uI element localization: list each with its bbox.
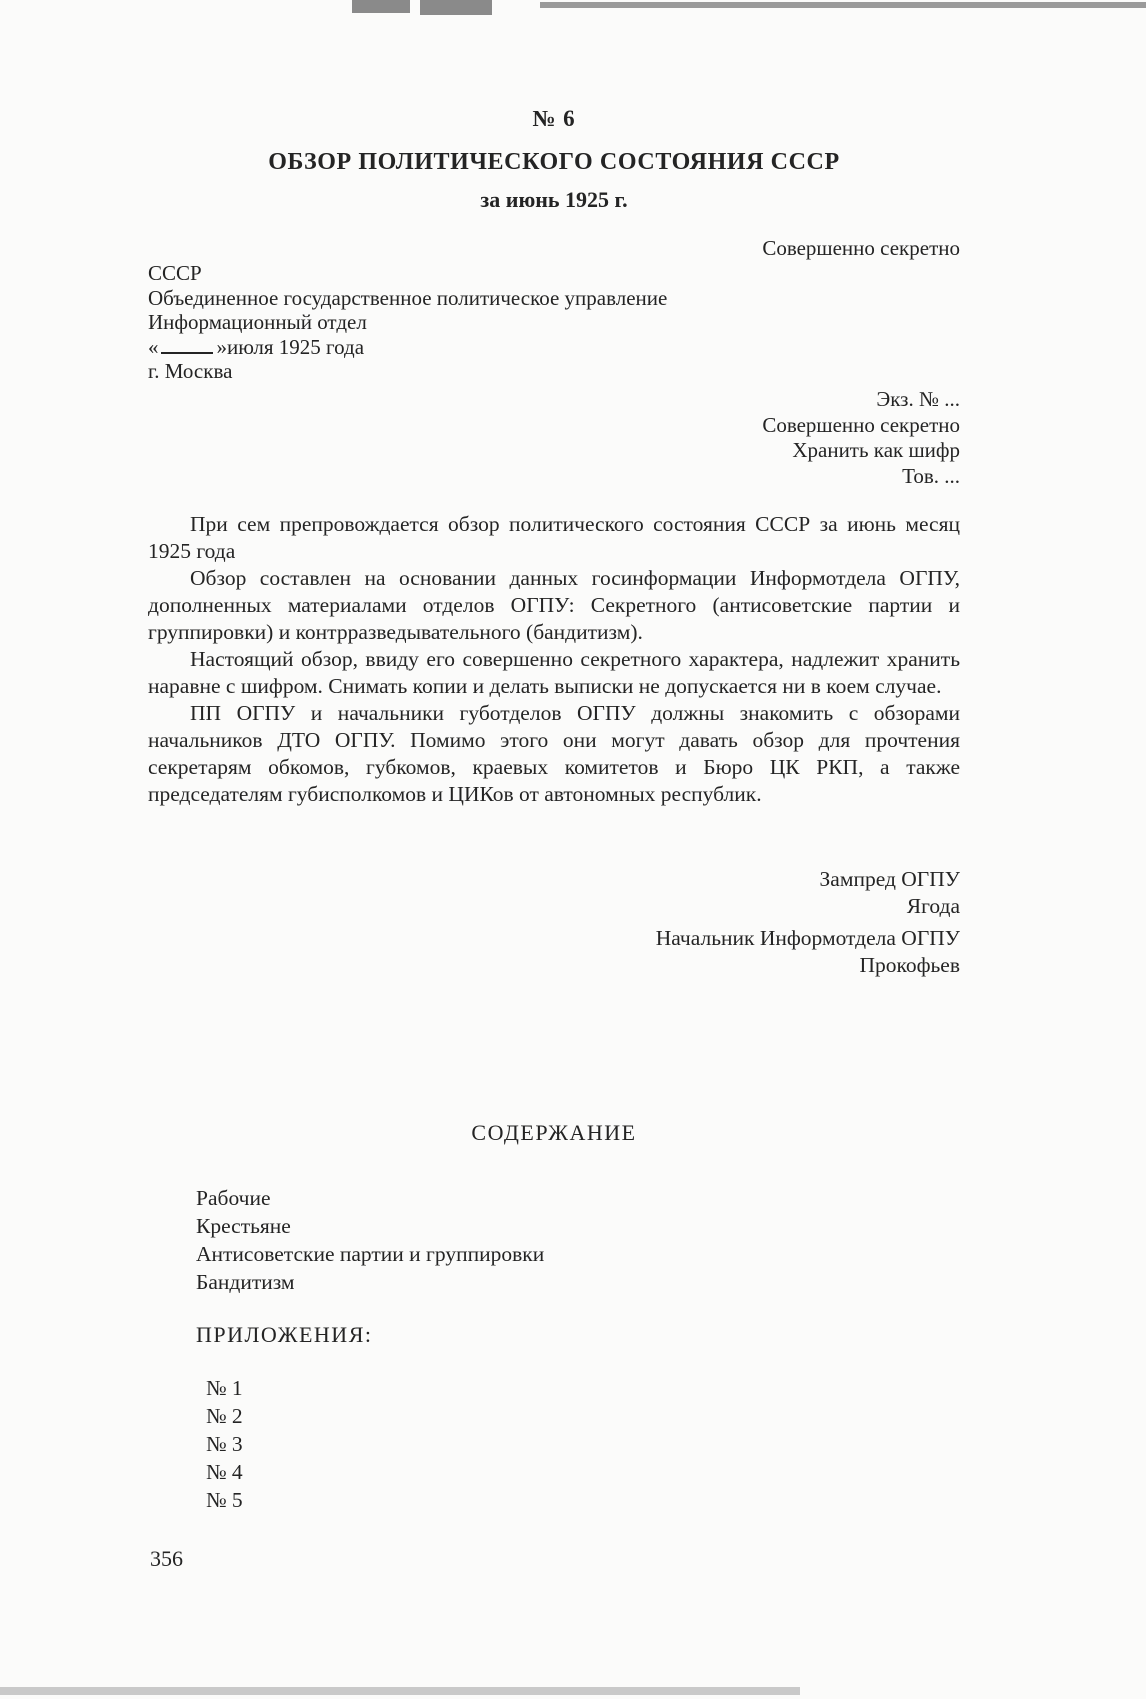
scan-artifact-bottom-bar (0, 1687, 800, 1695)
body-text: При сем препровождается обзор политическ… (148, 511, 960, 808)
scan-artifact-top-line (540, 2, 1146, 8)
doc-number: № 6 (148, 106, 960, 132)
date-blank-underline (161, 336, 213, 354)
contents-heading: СОДЕРЖАНИЕ (148, 1120, 960, 1146)
appendix-item: № 2 (206, 1402, 243, 1430)
paragraph-3: Настоящий обзор, ввиду его совершенно се… (148, 646, 960, 700)
date-rest: »июля 1925 года (217, 335, 365, 359)
appendix-item: № 1 (206, 1374, 243, 1402)
appendix-item: № 3 (206, 1430, 243, 1458)
sender-city: г. Москва (148, 359, 960, 384)
contents-item: Бандитизм (196, 1268, 544, 1296)
page-title: ОБЗОР ПОЛИТИЧЕСКОГО СОСТОЯНИЯ СССР (148, 149, 960, 176)
appendices-list: № 1 № 2 № 3 № 4 № 5 (206, 1374, 243, 1514)
sender-organization: Объединенное государственное политическо… (148, 286, 960, 311)
paragraph-1: При сем препровождается обзор политическ… (148, 511, 960, 565)
title-block: № 6 ОБЗОР ПОЛИТИЧЕСКОГО СОСТОЯНИЯ СССР з… (148, 106, 960, 213)
date-open-quote: « (148, 335, 159, 359)
scan-artifact-top-left (352, 0, 410, 13)
scanned-document-page: { "colors": { "paper": "#fbfbfa", "ink":… (0, 0, 1146, 1699)
contents-list: Рабочие Крестьяне Антисоветские партии и… (196, 1184, 544, 1296)
copy-number-line: Экз. № ... (148, 387, 960, 413)
stamp-addressee-line: Тов. ... (148, 464, 960, 490)
scan-artifact-top-mid (420, 0, 492, 15)
appendices-heading: ПРИЛОЖЕНИЯ: (196, 1322, 372, 1348)
sender-letterhead: СССР Объединенное государственное полити… (148, 261, 960, 384)
contents-item: Рабочие (196, 1184, 544, 1212)
paragraph-2: Обзор составлен на основании данных госи… (148, 565, 960, 646)
contents-item: Крестьяне (196, 1212, 544, 1240)
sender-country: СССР (148, 261, 960, 286)
signature-block-deputy-chairman: Зампред ОГПУ Ягода (148, 866, 960, 920)
appendix-item: № 5 (206, 1486, 243, 1514)
sender-date-line: «»июля 1925 года (148, 335, 960, 360)
stamp-secrecy-line: Совершенно секретно (148, 413, 960, 439)
signature-block-info-dept-head: Начальник Информотдела ОГПУ Прокофьев (148, 925, 960, 979)
appendix-item: № 4 (206, 1458, 243, 1486)
signature-name: Ягода (148, 893, 960, 920)
page-number: 356 (150, 1546, 183, 1572)
signature-name: Прокофьев (148, 952, 960, 979)
signature-role: Начальник Информотдела ОГПУ (148, 925, 960, 952)
doc-subtitle: за июнь 1925 г. (148, 187, 960, 213)
stamp-cipher-line: Хранить как шифр (148, 438, 960, 464)
contents-item: Антисоветские партии и группировки (196, 1240, 544, 1268)
sender-department: Информационный отдел (148, 310, 960, 335)
paragraph-4: ПП ОГПУ и начальники губотделов ОГПУ дол… (148, 700, 960, 808)
classification-label-top: Совершенно секретно (148, 236, 960, 261)
secrecy-stamp-block: Экз. № ... Совершенно секретно Хранить к… (148, 387, 960, 489)
signature-role: Зампред ОГПУ (148, 866, 960, 893)
